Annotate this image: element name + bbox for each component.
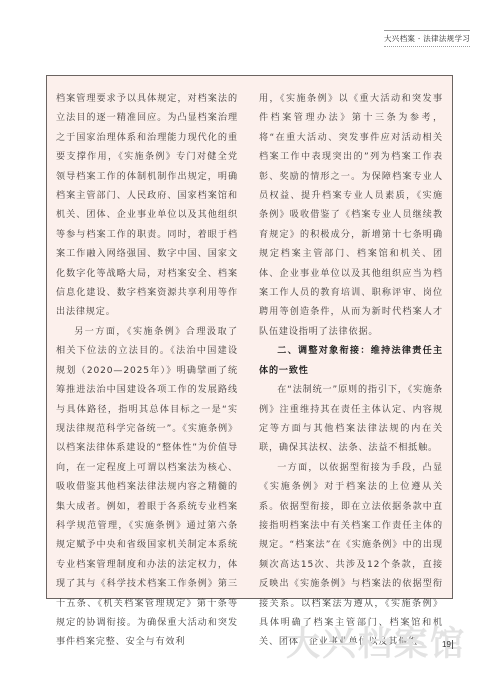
right-column: 用，《实施条例》以《重大活动和突发事件档案管理办法》第十三条为参考，将“在重大活… (259, 90, 443, 653)
paragraph: 在“法制统一”原则的指引下，《实施条例》注重维持其在责任主体认定、内容规定等方面… (259, 381, 443, 459)
watermark-logo: 大兴档案馆 (286, 616, 466, 665)
article-frame: 档案管理要求予以具体规定，对档案法的立法目的逐一精准回应。为凸显档案治理之于国家… (46, 75, 453, 599)
running-header: 大兴档案 · 法律法规学习 (384, 30, 470, 47)
left-column: 档案管理要求予以具体规定，对档案法的立法目的逐一精准回应。为凸显档案治理之于国家… (56, 90, 238, 653)
section-heading: 二、调整对象衔接：维持法律责任主体的一致性 (259, 342, 443, 381)
paragraph: 另一方面，《实施条例》合理汲取了相关下位法的立法目的。《法治中国建设规划（202… (56, 323, 238, 653)
page-number: 19 (442, 640, 453, 649)
paragraph: 档案管理要求予以具体规定，对档案法的立法目的逐一精准回应。为凸显档案治理之于国家… (56, 90, 238, 323)
paragraph: 用，《实施条例》以《重大活动和突发事件档案管理办法》第十三条为参考，将“在重大活… (259, 90, 443, 342)
page-number-text: 19 (442, 640, 451, 649)
page-number-divider (452, 640, 453, 649)
